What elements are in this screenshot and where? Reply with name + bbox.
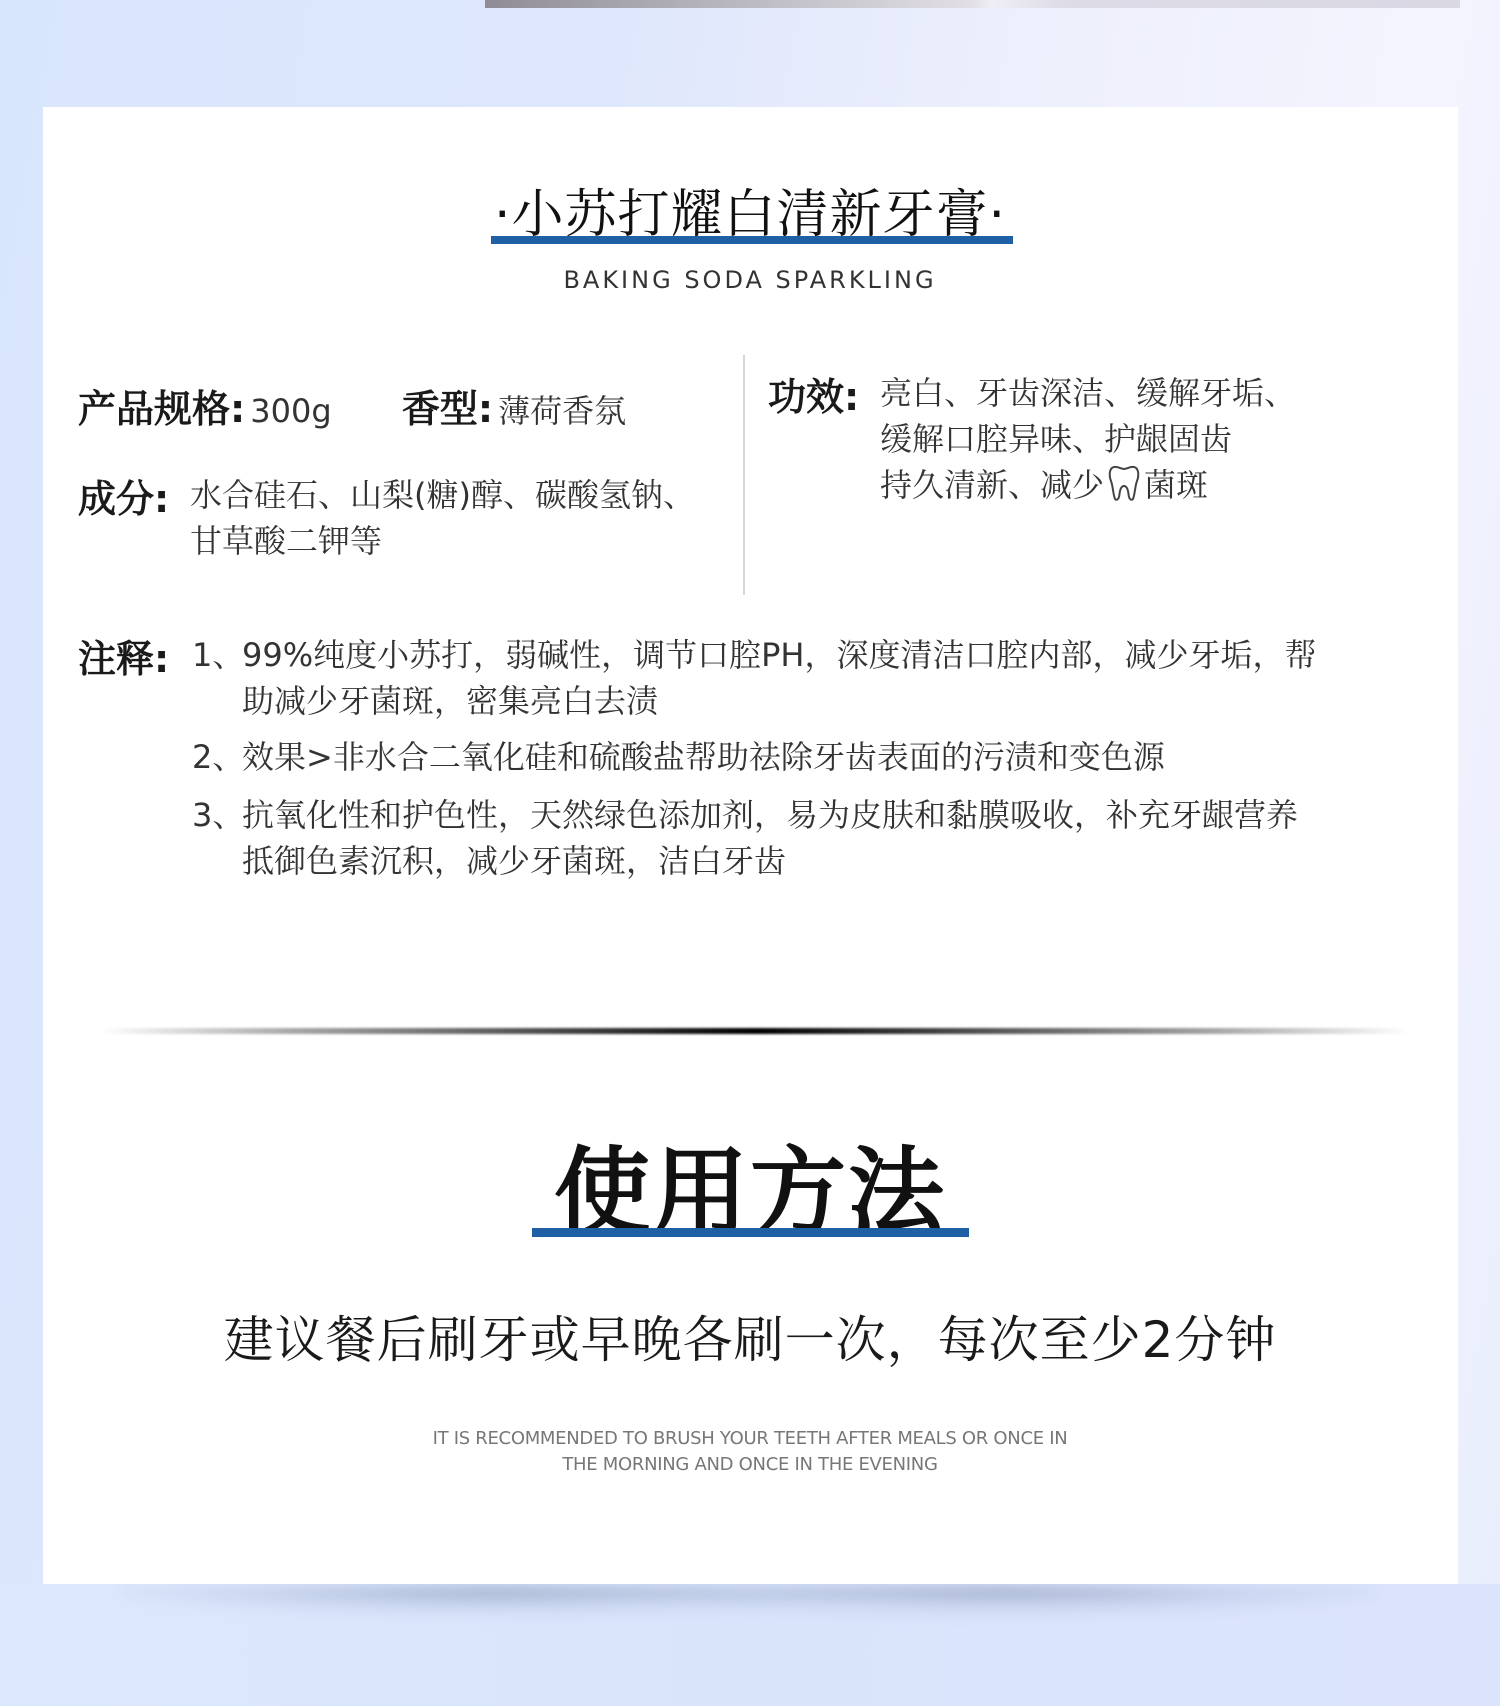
scent-value: 薄荷香氛 [498,392,626,430]
usage-english-line: IT IS RECOMMENDED TO BRUSH YOUR TEETH AF… [0,1426,1500,1452]
usage-english-line: THE MORNING AND ONCE IN THE EVENING [0,1452,1500,1478]
note-item: 3、抗氧化性和护色性，天然绿色添加剂，易为皮肤和黏膜吸收，补充牙龈营养 抵御色素… [192,792,1298,884]
spec-row: 产品规格: 300g 香型: 薄荷香氛 [78,378,626,433]
usage-title-underline [532,1228,969,1237]
product-subtitle: BAKING SODA SPARKLING [0,266,1500,294]
effects-label: 功效: [768,366,859,421]
note-item: 1、99%纯度小苏打，弱碱性，调节口腔PH，深度清洁口腔内部，减少牙垢，帮 助减… [192,632,1317,724]
effects-line: 持久清新、减少菌斑 [880,462,1296,508]
vertical-divider [743,355,745,595]
effects-line: 亮白、牙齿深洁、缓解牙垢、 [880,370,1296,416]
ingredients-line: 甘草酸二钾等 [190,518,695,564]
effects-line3-before: 持久清新、减少 [880,466,1104,504]
size-value: 300g [250,392,331,430]
notes-label: 注释: [78,628,169,683]
card-shadow [120,1586,1380,1656]
usage-description: 建议餐后刷牙或早晚各刷一次，每次至少2分钟 [0,1300,1500,1372]
tooth-icon [1108,464,1140,502]
ingredients-line: 水合硅石、山梨(糖)醇、碳酸氢钠、 [190,472,695,518]
top-image-strip [485,0,1460,8]
section-divider [100,1028,1410,1034]
size-label: 产品规格: [78,387,245,431]
title-underline [491,236,1013,244]
scent-label: 香型: [402,387,493,431]
note-item: 2、效果>非水合二氧化硅和硫酸盐帮助祛除牙齿表面的污渍和变色源 [192,734,1165,780]
ingredients-label: 成分: [78,468,169,523]
effects-line: 缓解口腔异味、护龈固齿 [880,416,1296,462]
usage-english: IT IS RECOMMENDED TO BRUSH YOUR TEETH AF… [0,1426,1500,1478]
effects-line3-after: 菌斑 [1144,466,1208,504]
